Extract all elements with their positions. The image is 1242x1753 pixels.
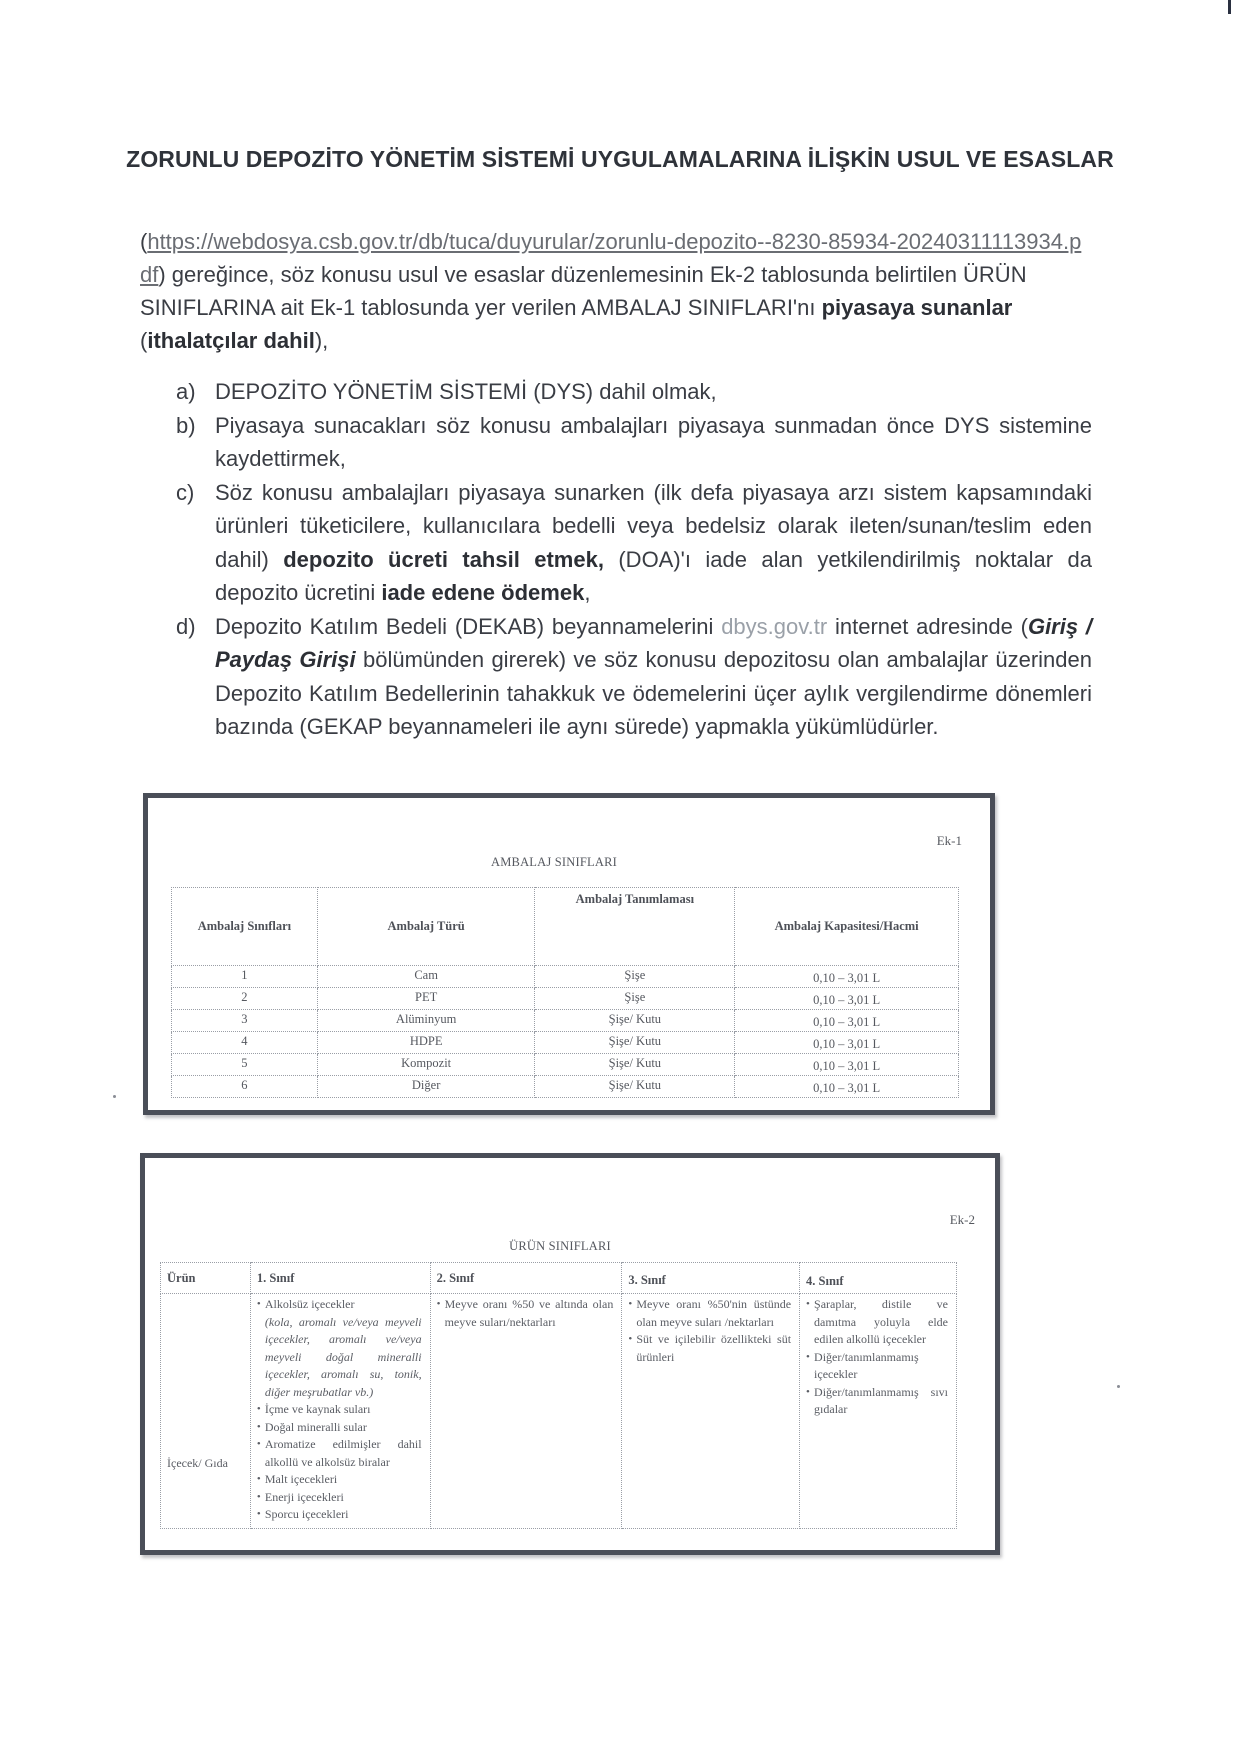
- class3-cell: Meyve oranı %50'nin üstünde olan meyve s…: [622, 1294, 800, 1529]
- table-row: İçecek/ Gıda Alkolsüz içecekler (kola, a…: [161, 1294, 957, 1529]
- table-row: 6DiğerŞişe/ Kutu0,10 – 3,01 L: [172, 1076, 959, 1098]
- packaging-classes-table: Ambalaj Sınıfları Ambalaj Türü Ambalaj T…: [171, 887, 959, 1098]
- intro-bold-2: ithalatçılar dahil: [147, 328, 315, 353]
- page-title: ZORUNLU DEPOZİTO YÖNETİM SİSTEMİ UYGULAM…: [120, 140, 1120, 178]
- class1-list: İçme ve kaynak sularıDoğal mineralli sul…: [257, 1401, 422, 1524]
- list-item: Şaraplar, distile ve damıtma yoluyla eld…: [806, 1296, 948, 1349]
- list-marker: d): [176, 610, 196, 644]
- list-item: Diğer/tanımlanmamış içecekler: [806, 1349, 948, 1384]
- scan-artifact: [1228, 0, 1231, 14]
- class-number-cell: 2: [172, 988, 318, 1010]
- table-row: 5KompozitŞişe/ Kutu0,10 – 3,01 L: [172, 1054, 959, 1076]
- ek1-frame: Ek-1 AMBALAJ SINIFLARI Ambalaj Sınıfları…: [143, 793, 995, 1115]
- intro-text-3: ),: [315, 328, 328, 353]
- capacity-cell: 0,10 – 3,01 L: [735, 966, 959, 988]
- col-header: 1. Sınıf: [250, 1263, 430, 1294]
- list-marker: c): [176, 476, 194, 510]
- scan-speck: [1117, 1385, 1120, 1388]
- intro-paragraph: (https://webdosya.csb.gov.tr/db/tuca/duy…: [140, 225, 1092, 357]
- list-item: Alkolsüz içecekler: [257, 1296, 422, 1314]
- class-number-cell: 6: [172, 1076, 318, 1098]
- list-item-text: DEPOZİTO YÖNETİM SİSTEMİ (DYS) dahil olm…: [215, 379, 717, 404]
- class2-list: Meyve oranı %50 ve altında olan meyve su…: [437, 1296, 614, 1331]
- class-number-cell: 4: [172, 1032, 318, 1054]
- list-item-b: b) Piyasaya sunacakları söz konusu ambal…: [176, 409, 1092, 476]
- packaging-type-cell: Cam: [317, 966, 535, 988]
- list-item: Sporcu içecekleri: [257, 1506, 422, 1524]
- col-header: 3. Sınıf: [622, 1263, 800, 1294]
- capacity-cell: 0,10 – 3,01 L: [735, 1010, 959, 1032]
- list-item: Enerji içecekleri: [257, 1489, 422, 1507]
- table-row: 4HDPEŞişe/ Kutu0,10 – 3,01 L: [172, 1032, 959, 1054]
- list-item-text: Depozito Katılım Bedeli (DEKAB) beyannam…: [215, 614, 721, 639]
- table-row: 1CamŞişe0,10 – 3,01 L: [172, 966, 959, 988]
- list-item: Doğal mineralli sular: [257, 1419, 422, 1437]
- col-header: 2. Sınıf: [430, 1263, 622, 1294]
- table-row: 3AlüminyumŞişe/ Kutu0,10 – 3,01 L: [172, 1010, 959, 1032]
- list-item-bold: iade edene ödemek: [381, 580, 584, 605]
- col-header: Ambalaj Türü: [317, 888, 535, 966]
- packaging-definition-cell: Şişe/ Kutu: [535, 1076, 735, 1098]
- table-header-row: Ambalaj Sınıfları Ambalaj Türü Ambalaj T…: [172, 888, 959, 966]
- list-item-c: c) Söz konusu ambalajları piyasaya sunar…: [176, 476, 1092, 610]
- capacity-cell: 0,10 – 3,01 L: [735, 1076, 959, 1098]
- class4-list: Şaraplar, distile ve damıtma yoluyla eld…: [806, 1296, 948, 1419]
- ek1-label: Ek-1: [937, 833, 962, 849]
- list-item-bold: depozito ücreti tahsil etmek,: [283, 547, 604, 572]
- class4-cell: Şaraplar, distile ve damıtma yoluyla eld…: [800, 1294, 957, 1529]
- list-item-a: a) DEPOZİTO YÖNETİM SİSTEMİ (DYS) dahil …: [176, 375, 1092, 409]
- capacity-cell: 0,10 – 3,01 L: [735, 1054, 959, 1076]
- packaging-definition-cell: Şişe: [535, 988, 735, 1010]
- scan-speck: [113, 1095, 116, 1098]
- list-item-text: ,: [584, 580, 590, 605]
- packaging-type-cell: Alüminyum: [317, 1010, 535, 1032]
- col-header: Ürün: [161, 1263, 251, 1294]
- table-header-row: Ürün 1. Sınıf 2. Sınıf 3. Sınıf 4. Sınıf: [161, 1263, 957, 1294]
- class-number-cell: 1: [172, 966, 318, 988]
- packaging-type-cell: HDPE: [317, 1032, 535, 1054]
- ek2-caption: ÜRÜN SINIFLARI: [125, 1239, 995, 1254]
- packaging-type-cell: Diğer: [317, 1076, 535, 1098]
- product-cell: İçecek/ Gıda: [161, 1294, 251, 1529]
- list-item: Diğer/tanımlanmamış sıvı gıdalar: [806, 1384, 948, 1419]
- col-header: 4. Sınıf: [800, 1263, 957, 1294]
- col-header: Ambalaj Tanımlaması: [535, 888, 735, 966]
- class1-detail: (kola, aromalı ve/veya meyveli içecekler…: [257, 1314, 422, 1402]
- packaging-type-cell: PET: [317, 988, 535, 1010]
- packaging-definition-cell: Şişe/ Kutu: [535, 1032, 735, 1054]
- product-classes-table: Ürün 1. Sınıf 2. Sınıf 3. Sınıf 4. Sınıf…: [160, 1262, 957, 1529]
- table-row: 2PETŞişe0,10 – 3,01 L: [172, 988, 959, 1010]
- class-number-cell: 5: [172, 1054, 318, 1076]
- list-marker: a): [176, 375, 196, 409]
- class1-cell: Alkolsüz içecekler (kola, aromalı ve/vey…: [250, 1294, 430, 1529]
- list-marker: b): [176, 409, 196, 443]
- ek1-caption: AMBALAJ SINIFLARI: [118, 855, 990, 870]
- capacity-cell: 0,10 – 3,01 L: [735, 1032, 959, 1054]
- packaging-type-cell: Kompozit: [317, 1054, 535, 1076]
- col-header: Ambalaj Sınıfları: [172, 888, 318, 966]
- packaging-definition-cell: Şişe/ Kutu: [535, 1054, 735, 1076]
- list-item: Malt içecekleri: [257, 1471, 422, 1489]
- capacity-cell: 0,10 – 3,01 L: [735, 988, 959, 1010]
- packaging-definition-cell: Şişe/ Kutu: [535, 1010, 735, 1032]
- packaging-definition-cell: Şişe: [535, 966, 735, 988]
- ek2-frame: Ek-2 ÜRÜN SINIFLARI Ürün 1. Sınıf 2. Sın…: [140, 1153, 1000, 1555]
- list-item-d: d) Depozito Katılım Bedeli (DEKAB) beyan…: [176, 610, 1092, 744]
- list-item: Süt ve içilebilir özellikteki süt ürünle…: [628, 1331, 791, 1366]
- obligations-list: a) DEPOZİTO YÖNETİM SİSTEMİ (DYS) dahil …: [176, 375, 1092, 744]
- dbys-link[interactable]: dbys.gov.tr: [721, 614, 827, 639]
- list-item-text: internet adresinde (: [827, 614, 1028, 639]
- list-item: Meyve oranı %50 ve altında olan meyve su…: [437, 1296, 614, 1331]
- list-item: İçme ve kaynak suları: [257, 1401, 422, 1419]
- list-item: Meyve oranı %50'nin üstünde olan meyve s…: [628, 1296, 791, 1331]
- intro-bold-1: piyasaya sunanlar: [822, 295, 1013, 320]
- class3-list: Meyve oranı %50'nin üstünde olan meyve s…: [628, 1296, 791, 1366]
- ek2-label: Ek-2: [950, 1212, 975, 1228]
- list-item: Aromatize edilmişler dahil alkollü ve al…: [257, 1436, 422, 1471]
- col-header: Ambalaj Kapasitesi/Hacmi: [735, 888, 959, 966]
- class2-cell: Meyve oranı %50 ve altında olan meyve su…: [430, 1294, 622, 1529]
- class-number-cell: 3: [172, 1010, 318, 1032]
- packaging-classes-body: 1CamŞişe0,10 – 3,01 L2PETŞişe0,10 – 3,01…: [172, 966, 959, 1098]
- list-item-text: Piyasaya sunacakları söz konusu ambalajl…: [215, 413, 1092, 472]
